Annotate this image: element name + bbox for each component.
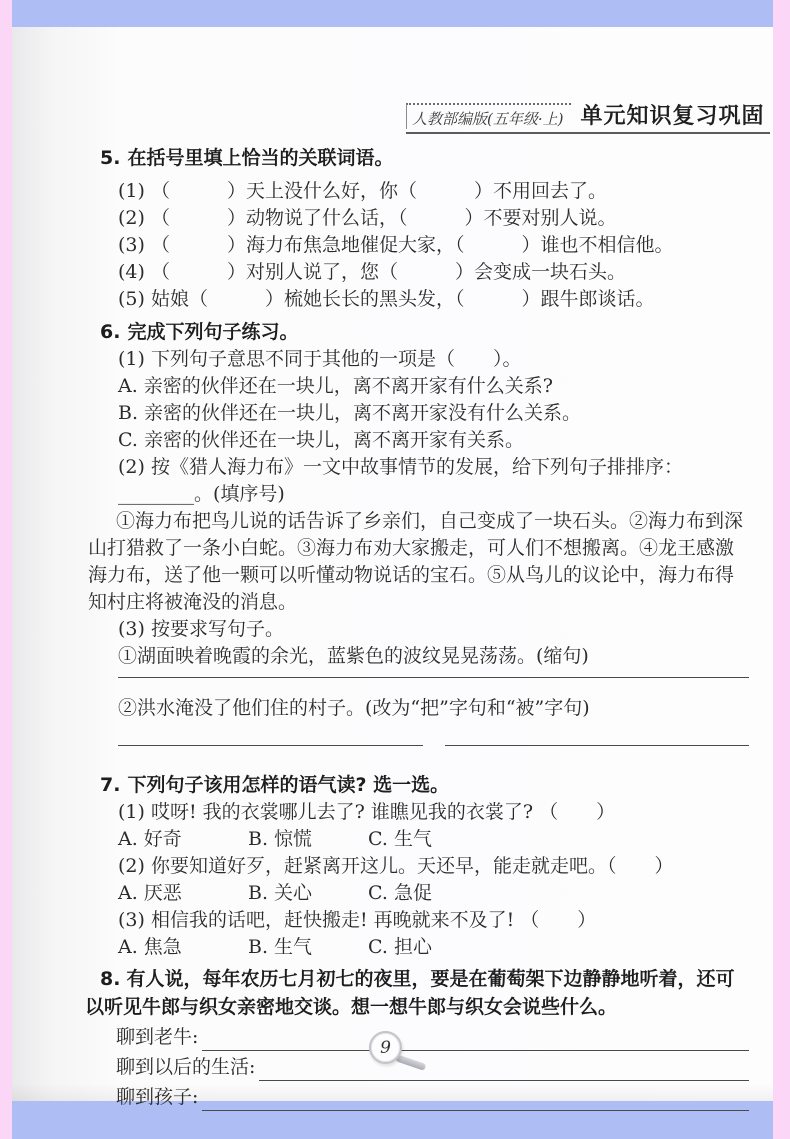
answer-line — [202, 1050, 749, 1051]
section-7-heading: 下列句子该用怎样的语气读? 选一选。 — [127, 774, 449, 796]
section-7-title: 7.下列句子该用怎样的语气读? 选一选。 — [100, 772, 749, 799]
prompt-label: 聊到孩子: — [116, 1084, 198, 1111]
prompt-row-children: 聊到孩子: — [116, 1081, 749, 1111]
answer-line — [445, 739, 750, 746]
question-6-3-sub2: ②洪水淹没了他们住的村子。(改为“把”字句和“被”字句) — [118, 695, 749, 722]
ordering-passage: ①海力布把鸟儿说的话告诉了乡亲们，自己变成了一块石头。②海力布到深山打猎救了一条… — [88, 508, 749, 616]
option-7-3-c: C. 担心 — [368, 936, 432, 958]
answer-line-pair — [118, 739, 749, 746]
option-7-2-a: A. 厌恶 — [118, 880, 248, 907]
fill-blank-line-4: (4) （ ）对别人说了，您（ ）会变成一块石头。 — [118, 259, 749, 286]
option-6-1-c: C. 亲密的伙伴还在一块儿，离不离开家有关系。 — [118, 427, 749, 454]
section-6-title: 6.完成下列句子练习。 — [100, 319, 749, 346]
prompt-label: 聊到老牛: — [116, 1024, 198, 1051]
question-6-1: (1) 下列句子意思不同于其他的一项是（ ）。 — [118, 346, 749, 373]
answer-line — [118, 670, 749, 678]
section-5-heading: 在括号里填上恰当的关联词语。 — [127, 147, 393, 169]
options-row-7-1: A. 好奇B. 惊慌C. 生气 — [118, 826, 749, 853]
section-6-number: 6. — [100, 321, 120, 343]
option-7-2-b: B. 关心 — [248, 880, 368, 907]
answer-line — [259, 1080, 749, 1081]
question-6-3: (3) 按要求写句子。 — [118, 616, 749, 643]
worksheet-content: 5.在括号里填上恰当的关联词语。 (1) （ ）天上没什么好，你（ ）不用回去了… — [12, 27, 773, 1101]
fill-blank-line-1: (1) （ ）天上没什么好，你（ ）不用回去了。 — [118, 178, 749, 205]
answer-line — [118, 739, 423, 746]
section-7-number: 7. — [100, 774, 120, 796]
question-6-2: (2) 按《猎人海力布》一文中故事情节的发展，给下列句子排排序：________… — [118, 454, 749, 508]
option-6-1-b: B. 亲密的伙伴还在一块儿，离不离开家没有什么关系。 — [118, 400, 749, 427]
page-number-badge: 9 — [369, 1031, 402, 1064]
prompt-label: 聊到以后的生活: — [116, 1054, 255, 1081]
fill-blank-line-5: (5) 姑娘（ ）梳她长长的黑头发，（ ）跟牛郎谈话。 — [118, 286, 749, 313]
section-8-intro: 8.有人说，每年农历七月初七的夜里，要是在葡萄架下边静静地听着，还可以听见牛郎与… — [85, 965, 749, 1021]
options-row-7-2: A. 厌恶B. 关心C. 急促 — [118, 880, 749, 907]
answer-line — [202, 1110, 749, 1111]
section-8-number: 8. — [100, 968, 120, 990]
question-7-1: (1) 哎呀! 我的衣裳哪儿去了? 谁瞧见我的衣裳了? （ ） — [118, 799, 749, 826]
option-7-2-c: C. 急促 — [368, 882, 432, 904]
option-7-1-b: B. 惊慌 — [248, 826, 368, 853]
top-border-bar — [12, 0, 773, 27]
section-8-text: 有人说，每年农历七月初七的夜里，要是在葡萄架下边静静地听着，还可以听见牛郎与织女… — [85, 968, 734, 1018]
paper: 人教部编版(五年级·上) 单元知识复习巩固 5.在括号里填上恰当的关联词语。 (… — [12, 27, 773, 1101]
section-5-number: 5. — [100, 147, 120, 169]
magnifier-handle — [395, 1054, 427, 1071]
option-6-1-a: A. 亲密的伙伴还在一块儿，离不离开家有什么关系? — [118, 373, 749, 400]
options-row-7-3: A. 焦急B. 生气C. 担心 — [118, 934, 749, 961]
page-number-magnifier-icon: 9 — [369, 1031, 433, 1077]
workbook-page-scan: 人教部编版(五年级·上) 单元知识复习巩固 5.在括号里填上恰当的关联词语。 (… — [0, 0, 790, 1139]
option-7-1-a: A. 好奇 — [118, 826, 248, 853]
section-6-heading: 完成下列句子练习。 — [127, 321, 298, 343]
page-number: 9 — [380, 1038, 391, 1058]
question-7-2: (2) 你要知道好歹，赶紧离开这儿。天还早，能走就走吧。（ ） — [118, 853, 749, 880]
fill-blank-line-3: (3) （ ）海力布焦急地催促大家，（ ）谁也不相信他。 — [118, 232, 749, 259]
option-7-1-c: C. 生气 — [368, 828, 432, 850]
fill-blank-line-2: (2) （ ）动物说了什么话，（ ）不要对别人说。 — [118, 205, 749, 232]
option-7-3-b: B. 生气 — [248, 934, 368, 961]
question-6-3-sub1: ①湖面映着晚霞的余光，蓝紫色的波纹晃晃荡荡。(缩句) — [118, 643, 749, 670]
section-5-title: 5.在括号里填上恰当的关联词语。 — [100, 145, 749, 172]
question-7-3: (3) 相信我的话吧，赶快搬走! 再晚就来不及了! （ ） — [118, 907, 749, 934]
option-7-3-a: A. 焦急 — [118, 934, 248, 961]
